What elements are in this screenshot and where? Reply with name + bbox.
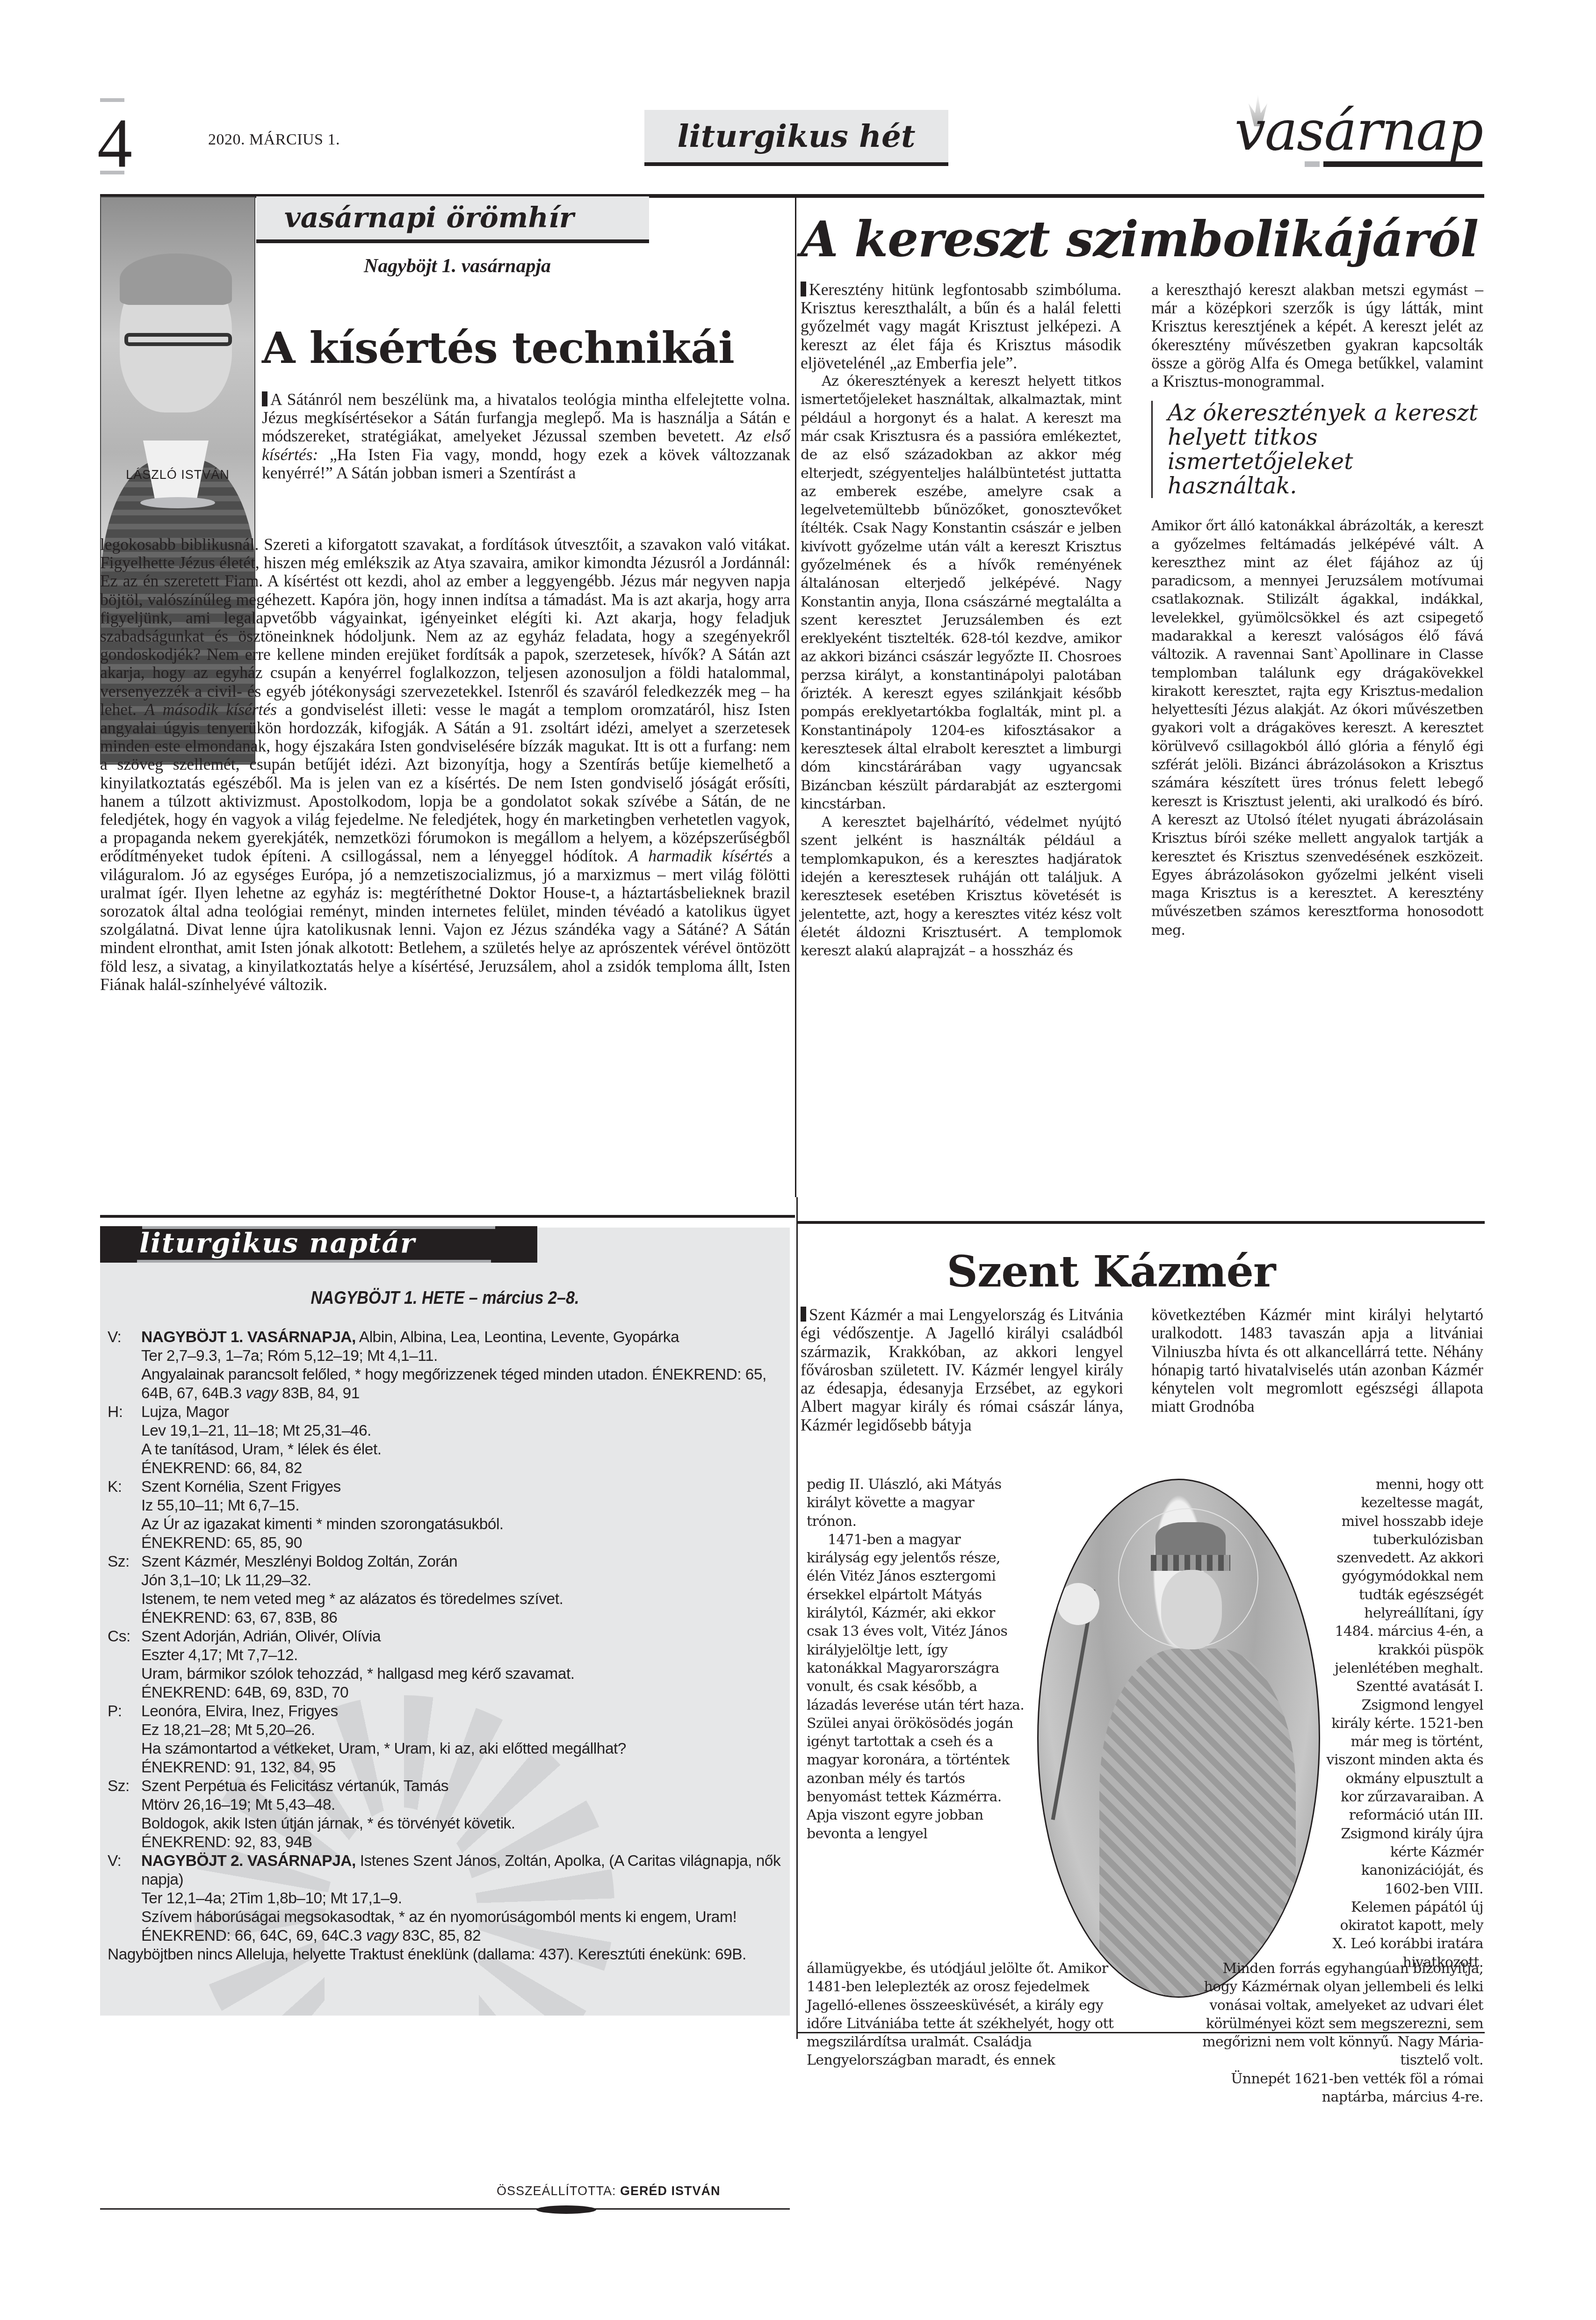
article3-column-1-body: pedig II. Ulászló, aki Mátyás királyt kö… (807, 1475, 1026, 1843)
calendar-day: V:NAGYBÖJT 1. VASÁRNAPJA, Albin, Albina,… (108, 1328, 781, 1403)
column-divider (795, 196, 796, 1197)
calendar-header: liturgikus naptár (100, 1226, 537, 1263)
page-number-bar-bottom (100, 171, 124, 174)
calendar-note: Nagyböjtben nincs Alleluja, helyette Tra… (108, 1945, 781, 1964)
calendar-day: Sz:Szent Kázmér, Meszlényi Boldog Zoltán… (108, 1553, 781, 1627)
section-rule-right (796, 1221, 1485, 1224)
lead-marker (801, 282, 806, 296)
issue-date: 2020. MÁRCIUS 1. (208, 131, 340, 149)
logo-rule-accent (1305, 161, 1320, 167)
article1-kicker: vasárnapi örömhír (256, 196, 649, 243)
author-ornament (140, 497, 215, 508)
paragraph: a kereszthajó kereszt alakban metszi egy… (1151, 281, 1483, 390)
section-label-text: liturgikus hét (678, 118, 916, 154)
article3-column-1-tail: államügyekbe, és utódjául jelölte őt. Am… (807, 1959, 1134, 2070)
logo-rule (1323, 161, 1482, 167)
article3-title: Szent Kázmér (798, 1246, 1485, 1297)
article3-column-2-top: következtében Kázmér mint királyi helyta… (1151, 1306, 1483, 1416)
lead-marker (262, 391, 267, 406)
paragraph: Az ókeresztények a kereszt helyett titko… (801, 372, 1121, 813)
article1-subkicker: Nagyböjt 1. vasárnapja (256, 255, 649, 277)
saint-casimir-portrait (1037, 1479, 1320, 1998)
calendar-day: Sz:Szent Perpétua és Felicitász vértanúk… (108, 1777, 781, 1852)
author-name: LÁSZLÓ ISTVÁN (100, 468, 255, 482)
credit-ornament (536, 2205, 596, 2214)
pull-quote: Az ókeresztények a kereszt helyett titko… (1151, 401, 1483, 498)
calendar-week-title: NAGYBÖJT 1. HETE – március 2–8. (135, 1288, 756, 1308)
article3-bottom-rule (796, 2032, 1485, 2033)
calendar-credit: ÖSSZEÁLLÍTOTTA: GERÉD ISTVÁN (497, 2184, 721, 2198)
publication-logo: vasárnap (1230, 98, 1482, 164)
calendar-day-list: V:NAGYBÖJT 1. VASÁRNAPJA, Albin, Albina,… (108, 1328, 781, 1964)
section-rule-left (100, 1215, 795, 1218)
article3-column-2-body: menni, hogy ott kezeltesse magát, mivel … (1323, 1475, 1483, 1972)
column-divider-lower (796, 1197, 798, 2039)
calendar-day: K:Szent Kornélia, Szent FrigyesIz 55,10–… (108, 1478, 781, 1553)
article3-column-1-top: Szent Kázmér a mai Lengyelország és Litv… (801, 1306, 1123, 1434)
article2-column-1: Keresztény hitünk legfontosabb szimbólum… (801, 281, 1121, 961)
article1-title: A kísértés technikái (262, 323, 734, 373)
article1-kicker-text: vasárnapi örömhír (284, 202, 574, 234)
calendar-day: Cs:Szent Adorján, Adrián, Olivér, Olívia… (108, 1627, 781, 1702)
paragraph: Keresztény hitünk legfontosabb szimbólum… (801, 281, 1121, 372)
section-label: liturgikus hét (644, 110, 948, 166)
lead-marker (801, 1307, 806, 1322)
publication-name: vasárnap (1235, 103, 1482, 158)
article2-column-2: a kereszthajó kereszt alakban metszi egy… (1151, 281, 1483, 940)
article1-intro: A Sátánról nem beszélünk ma, a hivatalos… (262, 390, 790, 482)
page-number: 4 (97, 108, 132, 179)
calendar-day: H:Lujza, MagorLev 19,1–21, 11–18; Mt 25,… (108, 1403, 781, 1478)
article1-body: legokosabb biblikusnál. Szereti a kiforg… (100, 535, 790, 994)
paragraph: Amikor őrt álló katonákkal ábrázolták, a… (1151, 517, 1483, 940)
page-number-bar-top (100, 98, 124, 102)
article2-title: A kereszt szimbolikájáról (801, 210, 1478, 268)
calendar-day: P:Leonóra, Elvira, Inez, FrigyesEz 18,21… (108, 1702, 781, 1777)
calendar-header-text: liturgikus naptár (139, 1227, 416, 1259)
paragraph: A keresztet bajelhárító, védelmet nyújtó… (801, 813, 1121, 960)
calendar-day: V:NAGYBÖJT 2. VASÁRNAPJA, Istenes Szent … (108, 1852, 781, 1945)
calendar-bottom-rule (100, 2208, 790, 2210)
